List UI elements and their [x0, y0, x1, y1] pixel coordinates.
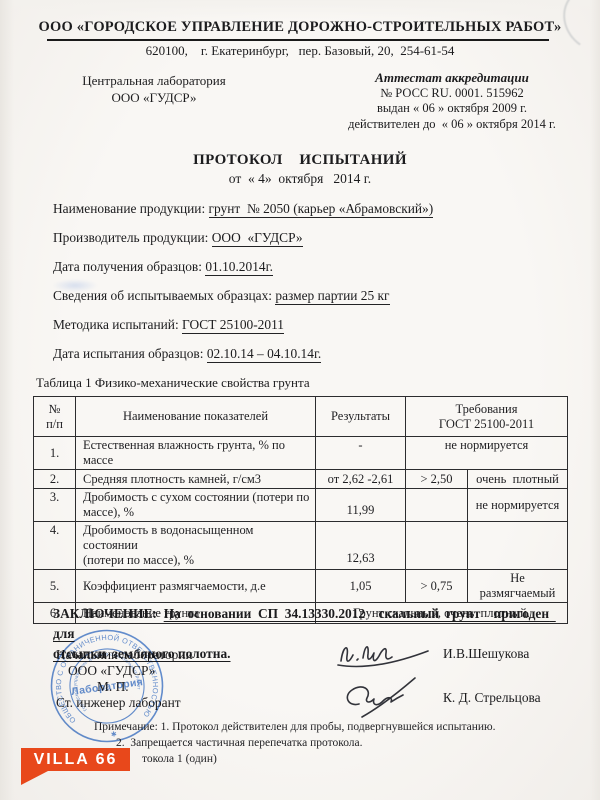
- lab-block: Центральная лаборатория ООО «ГУДСР»: [58, 72, 250, 106]
- table-row: 2. Средняя плотность камней, г/см3 от 2,…: [34, 470, 568, 489]
- stamp-center-text: Лаборатория: [70, 676, 143, 698]
- signatory-name-2: К. Д. Стрельцова: [443, 690, 541, 706]
- field-value: ГОСТ 25100-2011: [182, 317, 284, 334]
- field-label: Дата испытания образцов:: [53, 346, 203, 361]
- header-requirements: Требования ГОСТ 25100-2011: [406, 397, 568, 437]
- cell-req1: > 0,75: [406, 570, 468, 603]
- cell-name: Естественная влажность грунта, % по масс…: [76, 437, 316, 470]
- cell-num: 3.: [34, 489, 76, 522]
- cell-requirement: не нормируется: [406, 437, 568, 470]
- accreditation-number: № РОСС RU. 0001. 515962: [328, 86, 576, 102]
- field-label: Сведения об испытываемых образцах:: [53, 288, 272, 303]
- table-row: 3. Дробимость с сухом состоянии (потери …: [34, 489, 568, 522]
- field-value: 01.10.2014г.: [205, 259, 273, 276]
- accreditation-title: Аттестат аккредитации: [328, 70, 576, 86]
- cell-req2: Не размягчаемый: [468, 570, 568, 603]
- cell-req2: не нормируется: [468, 489, 568, 522]
- protocol-title: ПРОТОКОЛ ИСПЫТАНИЙ: [0, 152, 600, 169]
- field-producer: Производитель продукции: ООО «ГУДСР»: [53, 230, 303, 246]
- cell-req1: > 2,50: [406, 470, 468, 489]
- accreditation-valid: действителен до « 06 » октября 2014 г.: [328, 117, 576, 133]
- cell-name: Коэффициент размягчаемости, д.е: [76, 570, 316, 603]
- field-sample-info: Сведения об испытываемых образцах: разме…: [53, 288, 390, 304]
- table-caption: Таблица 1 Физико-механические свойства г…: [36, 375, 310, 391]
- field-test-date: Дата испытания образцов: 02.10.14 – 04.1…: [53, 346, 321, 362]
- cell-result: от 2,62 -2,61: [316, 470, 406, 489]
- svg-text:ОБЩЕСТВО С ОГРАНИЧЕННОЙ ОТВЕТС: ОБЩЕСТВО С ОГРАНИЧЕННОЙ ОТВЕТСТВЕННОСТЬЮ: [47, 626, 165, 732]
- lab-name-line1: Центральная лаборатория: [58, 72, 250, 89]
- header-name: Наименование показателей: [76, 397, 316, 437]
- cell-result: -: [316, 437, 406, 470]
- protocol-date: от « 4» октября 2014 г.: [0, 171, 600, 187]
- stamp-outer-text: ОБЩЕСТВО С ОГРАНИЧЕННОЙ ОТВЕТСТВЕННОСТЬЮ: [47, 626, 165, 732]
- field-value: размер партии 25 кг: [275, 288, 389, 305]
- cell-num: 4.: [34, 522, 76, 570]
- accreditation-issued: выдан « 06 » октября 2009 г.: [328, 101, 576, 117]
- cell-req1: [406, 522, 468, 570]
- cell-result: 1,05: [316, 570, 406, 603]
- cell-req2: [468, 522, 568, 570]
- company-address: 620100, г. Екатеринбург, пер. Базовый, 2…: [0, 43, 600, 59]
- table-row: 5. Коэффициент размягчаемости, д.е 1,05 …: [34, 570, 568, 603]
- lab-name-line2: ООО «ГУДСР»: [58, 89, 250, 106]
- field-value: 02.10.14 – 04.10.14г.: [207, 346, 321, 363]
- table-header-row: № п/п Наименование показателей Результат…: [34, 397, 568, 437]
- cell-result: 12,63: [316, 522, 406, 570]
- cell-name: Средняя плотность камней, г/см3: [76, 470, 316, 489]
- header-divider: [47, 39, 549, 41]
- note-line-3: токола 1 (один): [142, 753, 217, 765]
- field-value: грунт № 2050 (карьер «Абрамовский»): [209, 201, 434, 218]
- signatory-name-1: И.В.Шешукова: [443, 646, 529, 662]
- cell-req1: [406, 489, 468, 522]
- document-page: ООО «ГОРОДСКОЕ УПРАВЛЕНИЕ ДОРОЖНО-СТРОИТ…: [0, 0, 600, 800]
- accreditation-block: Аттестат аккредитации № РОСС RU. 0001. 5…: [328, 70, 576, 132]
- field-label: Методика испытаний:: [53, 317, 179, 332]
- field-label: Наименование продукции:: [53, 201, 205, 216]
- cell-result: 11,99: [316, 489, 406, 522]
- cell-num: 1.: [34, 437, 76, 470]
- field-value: ООО «ГУДСР»: [212, 230, 303, 247]
- signature-autograph-1: [333, 636, 433, 672]
- company-name: ООО «ГОРОДСКОЕ УПРАВЛЕНИЕ ДОРОЖНО-СТРОИТ…: [0, 19, 600, 36]
- field-label: Дата получения образцов:: [53, 259, 202, 274]
- field-product-name: Наименование продукции: грунт № 2050 (ка…: [53, 201, 433, 217]
- cell-name: Дробимость с сухом состоянии (потери по …: [76, 489, 316, 522]
- field-method: Методика испытаний: ГОСТ 25100-2011: [53, 317, 284, 333]
- results-table: № п/п Наименование показателей Результат…: [33, 396, 568, 624]
- cell-num: 5.: [34, 570, 76, 603]
- header-result: Результаты: [316, 397, 406, 437]
- signature-autograph-2: [335, 674, 435, 718]
- cell-name: Дробимость в водонасыщенном состоянии (п…: [76, 522, 316, 570]
- note-line-1: Примечание: 1. Протокол действителен для…: [94, 721, 496, 733]
- field-label: Производитель продукции:: [53, 230, 208, 245]
- cell-req2: очень плотный: [468, 470, 568, 489]
- field-received-date: Дата получения образцов: 01.10.2014г.: [53, 259, 273, 275]
- note-line-2: 2. Запрещается частичная перепечатка про…: [116, 737, 363, 749]
- table-row: 4. Дробимость в водонасыщенном состоянии…: [34, 522, 568, 570]
- cell-num: 2.: [34, 470, 76, 489]
- villa66-watermark: VILLA 66: [21, 748, 130, 771]
- table-row: 1. Естественная влажность грунта, % по м…: [34, 437, 568, 470]
- header-num: № п/п: [34, 397, 76, 437]
